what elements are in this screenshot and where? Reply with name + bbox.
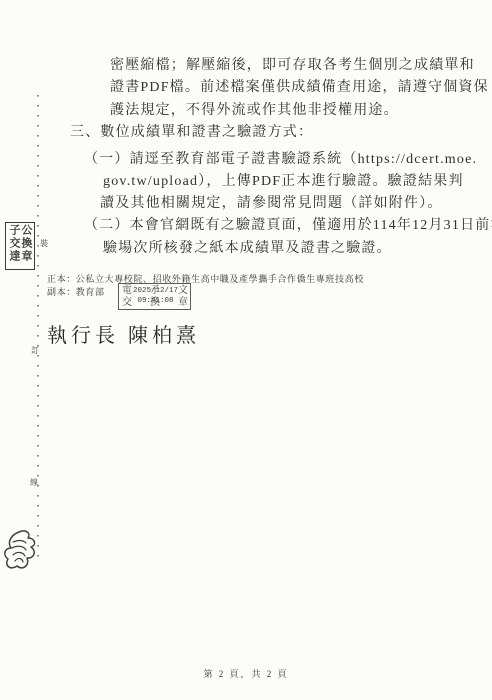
received-stamp-right-column: 公換章 xyxy=(20,224,32,268)
body-line-subitem2: （二）本會官網既有之驗證頁面，僅適用於114年12月31日前測 xyxy=(84,214,492,234)
body-line: gov.tw/upload），上傳PDF正本進行驗證。驗證結果判 xyxy=(103,170,464,190)
handwritten-scribble-mark xyxy=(2,528,40,574)
recipient-copy: 副本：教育部 xyxy=(47,285,105,298)
body-line: 讀及其他相關規定，請參閱常見問題（詳如附件）。 xyxy=(100,192,443,212)
exchange-stamp-time: 09:41:08 xyxy=(119,297,192,305)
binding-dotted-line xyxy=(37,95,39,565)
received-exchange-stamp: 子交達 公換章 xyxy=(5,222,35,270)
body-line-item3-heading: 三、數位成績單和證書之驗證方式： xyxy=(70,121,313,141)
body-line: 證書PDF檔。前述檔案僅供成績備查用途，請遵守個資保 xyxy=(110,76,489,96)
exchange-stamp-date: 2025/12/17 xyxy=(119,287,192,295)
body-line-subitem1: （一）請逕至教育部電子證書驗證系統（https://dcert.moe. xyxy=(84,148,477,168)
binding-char-xian: 線 xyxy=(30,477,38,488)
binding-char-ding: 訂 xyxy=(31,345,39,356)
received-stamp-left-column: 子交達 xyxy=(8,224,20,268)
binding-char-zhuang: 裝 xyxy=(40,238,48,249)
electronic-exchange-stamp: 電子文 交換章 2025/12/17 09:41:08 xyxy=(118,283,191,310)
body-line: 密壓縮檔；解壓縮後，即可存取各考生個別之成績單和 xyxy=(110,54,475,74)
signature-executive-director: 執行長 陳柏熹 xyxy=(47,319,200,348)
recipient-original: 正本：公私立大專校院、招收外籍生高中職及產學攜手合作僑生專班技高校 xyxy=(47,272,364,285)
body-line: 護法規定，不得外流或作其他非授權用途。 xyxy=(110,99,399,119)
page-number-footer: 第 2 頁，共 2 頁 xyxy=(0,667,492,680)
body-line: 驗場次所核發之紙本成績單及證書之驗證。 xyxy=(103,237,392,257)
document-page: 密壓縮檔；解壓縮後，即可存取各考生個別之成績單和 證書PDF檔。前述檔案僅供成績… xyxy=(0,0,492,700)
